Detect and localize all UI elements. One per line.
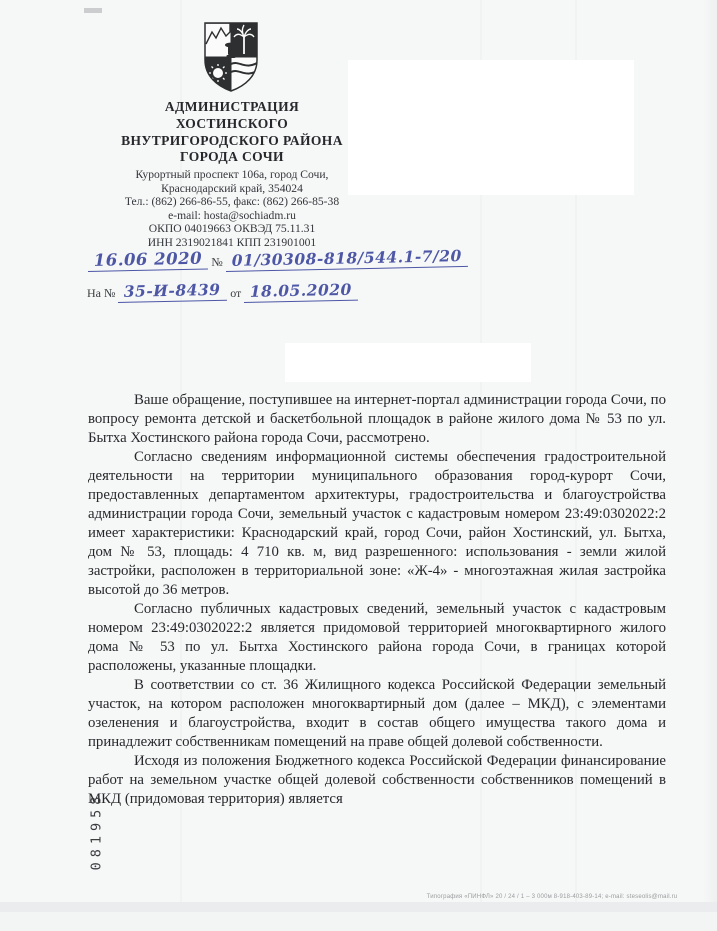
scanned-letter-page: АДМИНИСТРАЦИЯ ХОСТИНСКОГО ВНУТРИГОРОДСКО… bbox=[0, 0, 717, 931]
org-line-2: ХОСТИНСКОГО bbox=[58, 116, 406, 133]
body-paragraph-2: Согласно сведениям информационной систем… bbox=[88, 448, 666, 600]
from-label: от bbox=[227, 286, 244, 303]
letterhead-address-block: Курортный проспект 106а, город Сочи, Кра… bbox=[58, 168, 406, 249]
body-paragraph-5: Исходя из положения Бюджетного кодекса Р… bbox=[88, 752, 666, 809]
scan-bottom-margin bbox=[0, 912, 717, 931]
org-line-4: ГОРОДА СОЧИ bbox=[58, 149, 406, 166]
coat-of-arms-sochi-icon bbox=[199, 20, 263, 94]
redaction-box-middle bbox=[285, 343, 531, 382]
inn-kpp-line: ИНН 2319021841 КПП 231901001 bbox=[58, 236, 406, 250]
scan-edge-shadow bbox=[703, 0, 717, 931]
org-line-3: ВНУТРИГОРОДСКОГО РАЙОНА bbox=[58, 133, 406, 150]
registration-stamp-number: 081958 bbox=[74, 784, 118, 878]
outgoing-number-handwritten: 01/30308-818/544.1-7/20 bbox=[225, 246, 467, 272]
address-line: Курортный проспект 106а, город Сочи, bbox=[58, 168, 406, 182]
address-line: Краснодарский край, 354024 bbox=[58, 182, 406, 196]
body-paragraph-1: Ваше обращение, поступившее на интернет-… bbox=[88, 391, 666, 448]
reply-label: На № bbox=[84, 286, 118, 303]
number-sign-label: № bbox=[208, 255, 225, 272]
incoming-number-handwritten: 35-И-8439 bbox=[118, 280, 227, 303]
letter-body: Ваше обращение, поступившее на интернет-… bbox=[88, 391, 666, 809]
stamp-number-text: 081958 bbox=[88, 792, 104, 871]
org-line-1: АДМИНИСТРАЦИЯ bbox=[58, 99, 406, 116]
email-line: e-mail: hosta@sochiadm.ru bbox=[58, 209, 406, 223]
incoming-date-handwritten: 18.05.2020 bbox=[244, 280, 358, 303]
address-line: Тел.: (862) 266-86-55, факс: (862) 266-8… bbox=[58, 195, 406, 209]
letterhead-org-name: АДМИНИСТРАЦИЯ ХОСТИНСКОГО ВНУТРИГОРОДСКО… bbox=[58, 99, 406, 166]
outgoing-date-handwritten: 16.06 2020 bbox=[88, 248, 209, 272]
okpo-okved-line: ОКПО 04019663 ОКВЭД 75.11.31 bbox=[58, 222, 406, 236]
print-shop-info: Типография «ПИНФЛ» 20 / 24 / 1 – 3 000м … bbox=[398, 894, 706, 900]
body-paragraph-4: В соответствии со ст. 36 Жилищного кодек… bbox=[88, 676, 666, 752]
scan-bottom-band bbox=[0, 902, 717, 912]
scan-artifact-dash bbox=[84, 8, 102, 13]
incoming-ref-line: На № 35-И-8439 от 18.05.2020 bbox=[84, 282, 358, 303]
outgoing-ref-line: 16.06 2020 № 01/30308-818/544.1-7/20 bbox=[88, 251, 468, 272]
body-paragraph-3: Согласно публичных кадастровых сведений,… bbox=[88, 600, 666, 676]
